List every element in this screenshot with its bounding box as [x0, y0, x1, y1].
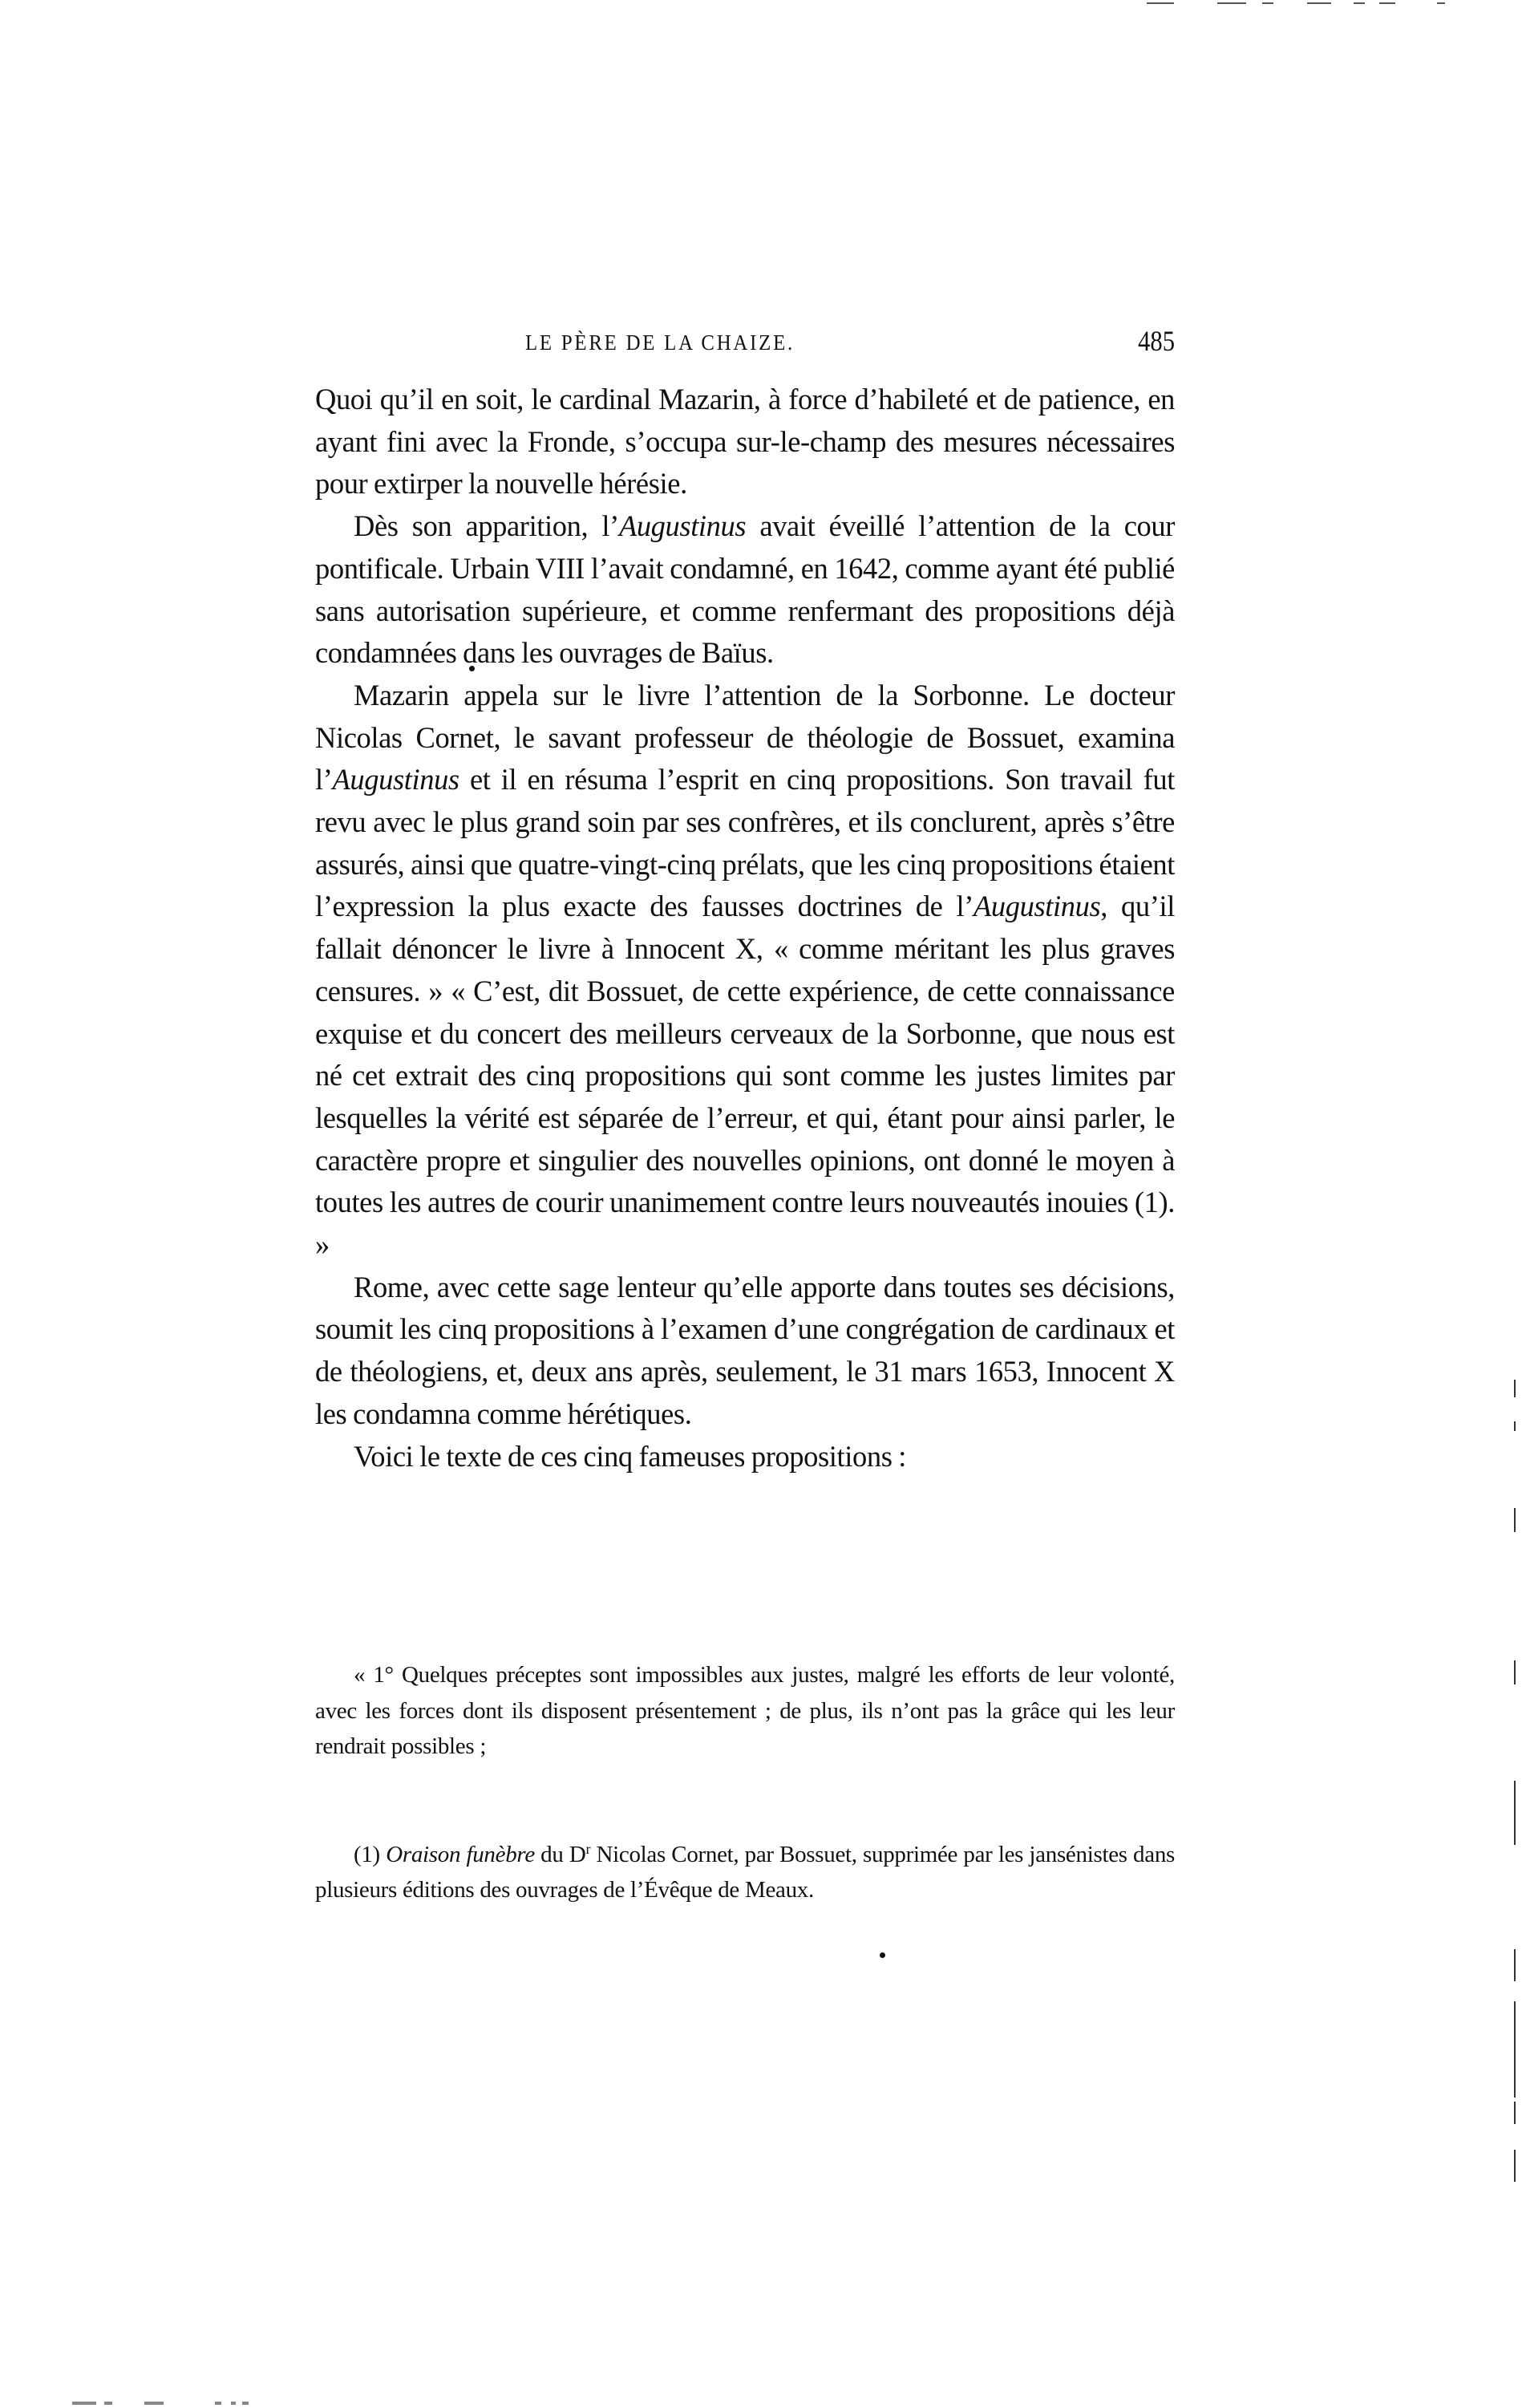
paragraph-4: Rome, avec cette sage lenteur qu’elle ap… — [315, 1267, 1175, 1436]
running-head: LE PÈRE DE LA CHAIZE. 485 — [315, 324, 1175, 356]
footnote: (1) Oraison funèbre du Dr Nicolas Cornet… — [315, 1832, 1175, 1907]
paragraph-1: Quoi qu’il en soit, le cardinal Mazarin,… — [315, 379, 1175, 505]
book-title-augustinus: Augustinus — [619, 509, 746, 542]
footnote-1: (1) Oraison funèbre du Dr Nicolas Cornet… — [315, 1832, 1175, 1907]
scan-artifact-right-margin — [1514, 1364, 1519, 2406]
footnote-part-a: du D — [535, 1842, 586, 1867]
proposition-1: « 1° Quelques préceptes sont impossibles… — [315, 1657, 1175, 1765]
book-page: LE PÈRE DE LA CHAIZE. 485 Quoi qu’il en … — [0, 0, 1526, 2408]
body-text: Quoi qu’il en soit, le cardinal Mazarin,… — [315, 379, 1175, 1478]
book-title-augustinus: Augustinus — [973, 890, 1100, 922]
footnote-marker: (1) — [354, 1842, 380, 1867]
running-title: LE PÈRE DE LA CHAIZE. — [525, 330, 795, 355]
book-title-augustinus: Augustinus — [333, 763, 459, 796]
proposition-quote: « 1° Quelques préceptes sont impossibles… — [315, 1657, 1175, 1765]
paragraph-2-part-a: Dès son apparition, l’ — [354, 509, 619, 542]
footnote-work-title: Oraison funèbre — [386, 1842, 535, 1867]
paragraph-3: Mazarin appela sur le livre l’attention … — [315, 675, 1175, 1267]
scan-artifact-top — [1147, 2, 1516, 7]
paragraph-2: Dès son apparition, l’Augustinus avait é… — [315, 505, 1175, 675]
ink-spot — [880, 1952, 885, 1958]
paragraph-3-part-c: , qu’il fallait dénoncer le livre à Inno… — [315, 890, 1175, 1261]
scan-artifact-bottom — [72, 2402, 249, 2408]
page-number: 485 — [1138, 324, 1175, 358]
paragraph-5: Voici le texte de ces cinq fameuses prop… — [315, 1436, 1175, 1478]
